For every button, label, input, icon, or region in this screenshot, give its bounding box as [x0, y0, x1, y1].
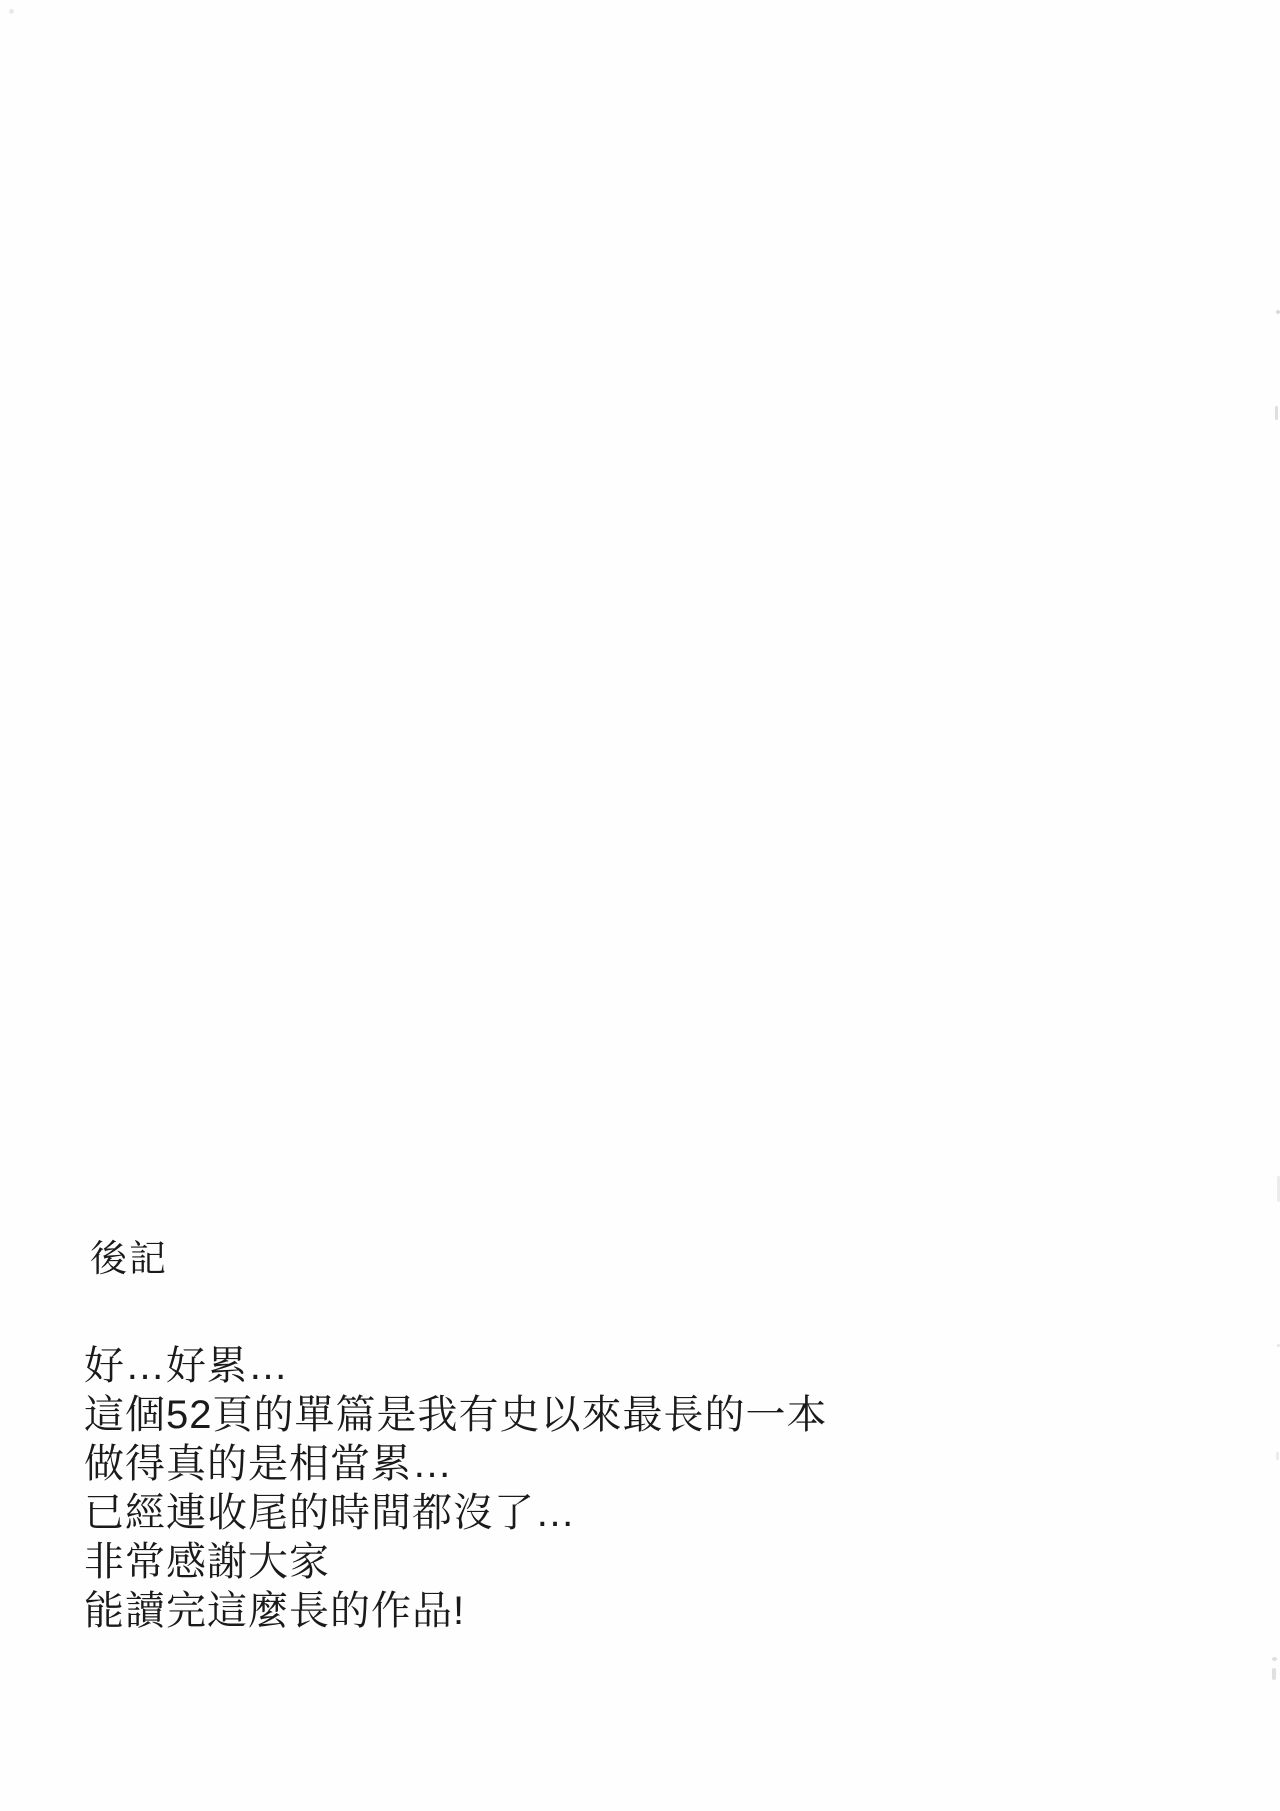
afterword-line: 能讀完這麼長的作品! — [84, 1587, 828, 1636]
afterword-block: 後記 好…好累… 這個52頁的單篇是我有史以來最長的一本 做得真的是相當累… 已… — [84, 1238, 828, 1636]
scan-speck — [1272, 1657, 1277, 1661]
afterword-line: 已經連收尾的時間都沒了… — [84, 1489, 828, 1538]
afterword-heading: 後記 — [90, 1238, 828, 1280]
scan-speck — [9, 9, 14, 14]
scan-smudge — [1276, 1452, 1279, 1460]
scan-speck — [1276, 310, 1280, 314]
afterword-line: 這個52頁的單篇是我有史以來最長的一本 — [84, 1391, 828, 1440]
scanned-page: 後記 好…好累… 這個52頁的單篇是我有史以來最長的一本 做得真的是相當累… 已… — [0, 0, 1280, 1811]
afterword-line: 好…好累… — [84, 1342, 828, 1391]
afterword-body: 好…好累… 這個52頁的單篇是我有史以來最長的一本 做得真的是相當累… 已經連收… — [84, 1342, 828, 1636]
scan-smudge — [1275, 406, 1278, 420]
scan-smudge — [1272, 1668, 1276, 1680]
afterword-line: 做得真的是相當累… — [84, 1440, 828, 1489]
afterword-line: 非常感謝大家 — [84, 1538, 828, 1587]
